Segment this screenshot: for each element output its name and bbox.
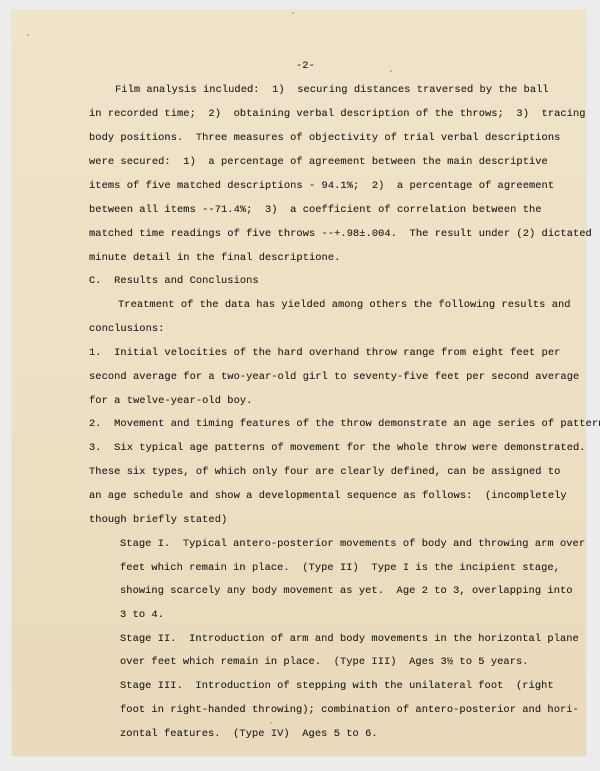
text-line: over feet which remain in place. (Type I… [120,656,529,668]
text-line: second average for a two-year-old girl t… [89,371,579,383]
text-line: body positions. Three measures of object… [89,132,560,144]
text-line: Treatment of the data has yielded among … [118,299,571,311]
text-line: Stage II. Introduction of arm and body m… [120,633,579,645]
text-line: zontal features. (Type IV) Ages 5 to 6. [120,728,378,740]
text-line: conclusions: [89,323,164,335]
paper-speck [270,722,272,724]
text-line: an age schedule and show a developmental… [89,490,567,502]
text-line: Film analysis included: 1) securing dist… [115,84,549,96]
text-line: matched time readings of five throws --+… [89,228,592,240]
text-line: 3 to 4. [120,609,164,621]
text-line: Stage I. Typical antero-posterior moveme… [120,538,585,550]
text-line: foot in right-handed throwing); combinat… [120,704,579,716]
text-line: though briefly stated) [89,514,227,526]
text-line: showing scarcely any body movement as ye… [120,585,573,597]
text-line: These six types, of which only four are … [89,466,560,478]
text-line: were secured: 1) a percentage of agreeme… [89,156,548,168]
text-line: feet which remain in place. (Type II) Ty… [120,562,560,574]
page-number: -2- [296,60,315,72]
paper-speck [292,12,294,14]
text-line: 3. Six typical age patterns of movement … [89,442,586,454]
text-line: in recorded time; 2) obtaining verbal de… [89,108,586,120]
text-line: items of five matched descriptions - 94.… [89,180,554,192]
text-line: 2. Movement and timing features of the t… [89,418,600,430]
text-line: minute detail in the final descriptione. [89,252,340,264]
text-line: for a twelve-year-old boy. [89,395,252,407]
paper-speck [390,70,392,72]
text-line: between all items --71.4%; 3) a coeffici… [89,204,542,216]
text-line: 1. Initial velocities of the hard overha… [89,347,560,359]
text-line: C. Results and Conclusions [89,275,259,287]
paper-speck [27,34,29,36]
text-line: Stage III. Introduction of stepping with… [120,680,554,692]
